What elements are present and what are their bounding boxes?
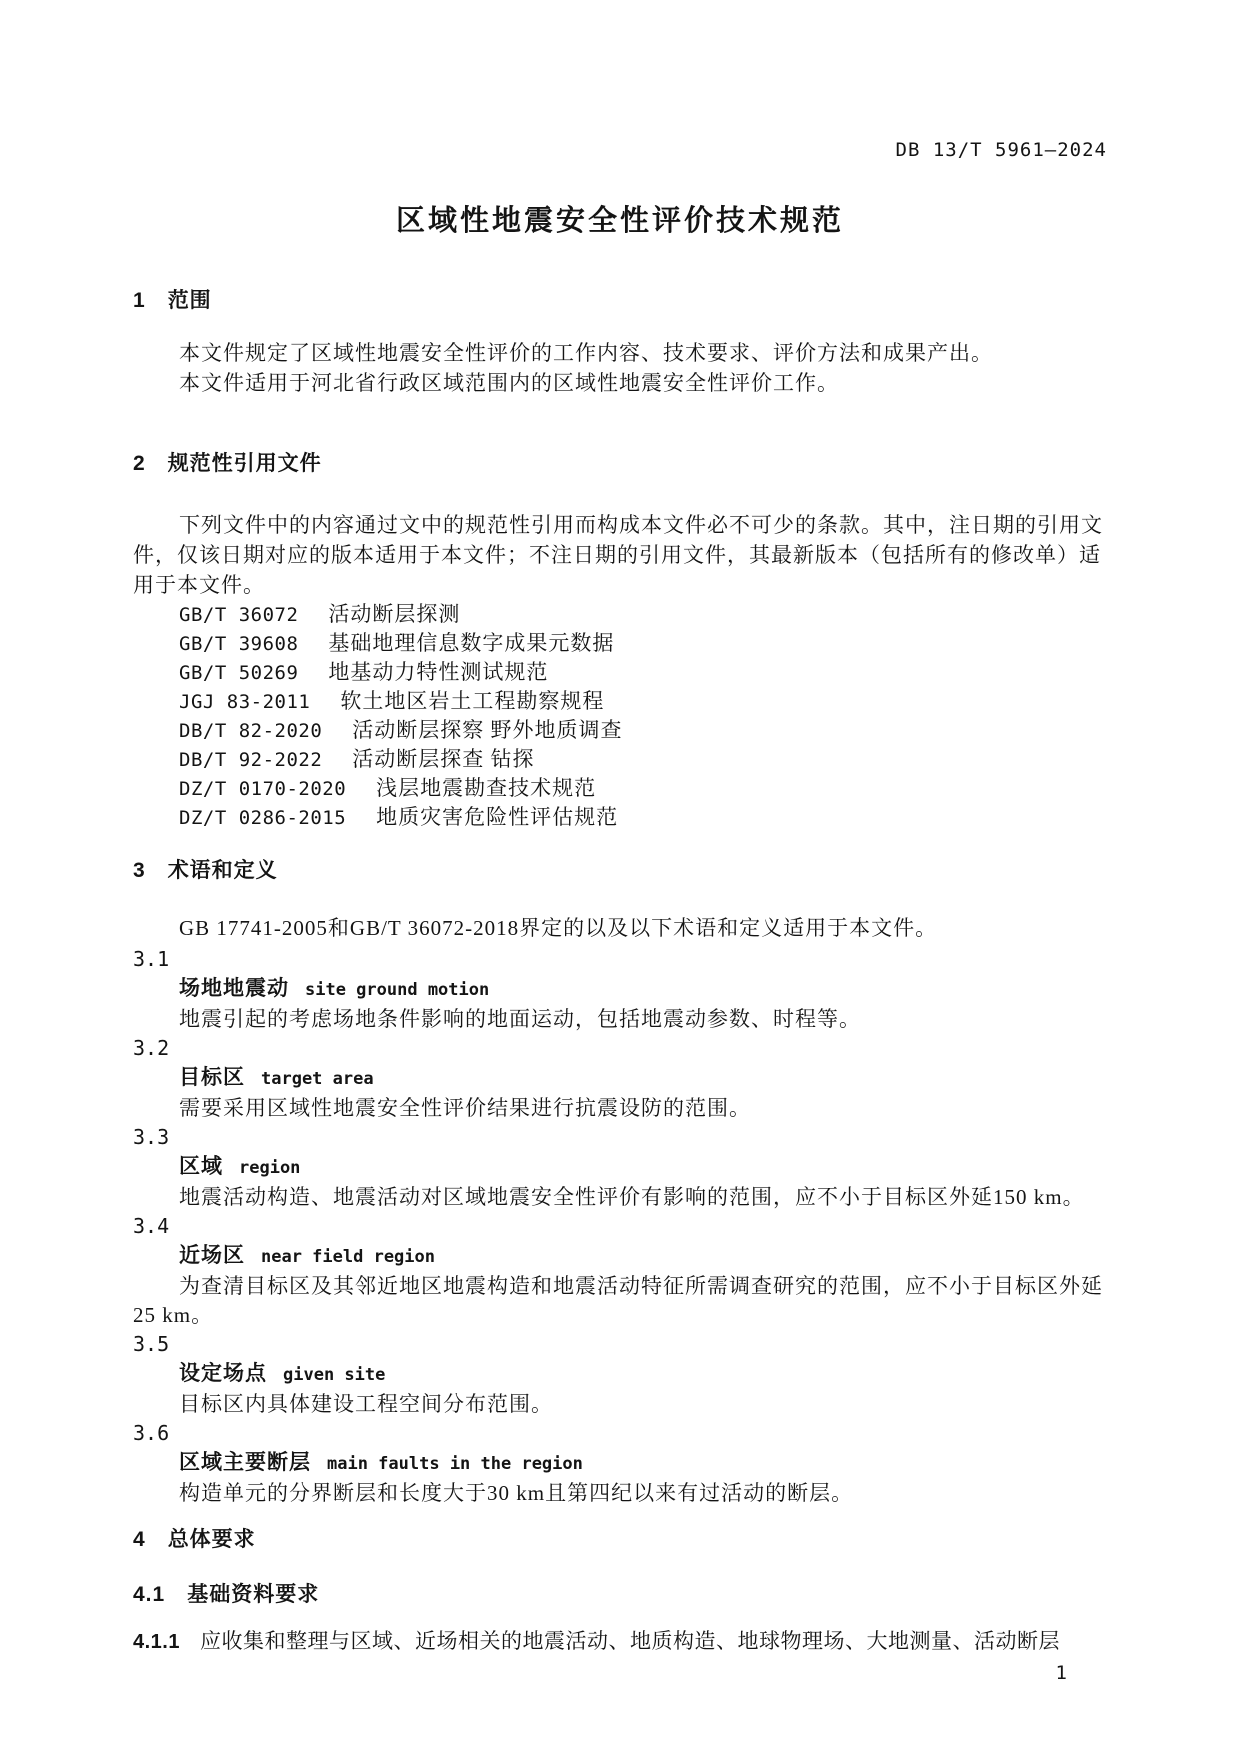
section-4-title: 总体要求 <box>168 1528 256 1551</box>
reference-code: DB/T 82-2020 <box>179 720 322 742</box>
term-en: region <box>239 1158 300 1178</box>
reference-item: GB/T 39608基础地理信息数字成果元数据 <box>133 629 1107 658</box>
clause-4-1-1-number: 4.1.1 <box>133 1631 180 1653</box>
section-1-number: 1 <box>133 289 146 312</box>
term-en: main faults in the region <box>327 1454 583 1474</box>
reference-item: DB/T 92-2022活动断层探查 钻探 <box>133 745 1107 774</box>
term-number: 3.3 <box>133 1123 1107 1152</box>
term-en: near field region <box>261 1247 435 1267</box>
reference-title: 软土地区岩土工程勘察规程 <box>340 689 604 713</box>
section-2-heading: 2规范性引用文件 <box>133 451 1107 477</box>
term-entry: 3.5 设定场点given site 目标区内具体建设工程空间分布范围。 <box>133 1330 1107 1419</box>
reference-item: GB/T 36072活动断层探测 <box>133 600 1107 629</box>
reference-code: GB/T 39608 <box>179 633 298 655</box>
reference-code: GB/T 50269 <box>179 662 298 684</box>
page-number: 1 <box>133 1661 1107 1685</box>
term-heading: 设定场点given site <box>133 1359 1107 1390</box>
reference-title: 活动断层探察 野外地质调查 <box>352 718 622 742</box>
standard-number: DB 13/T 5961—2024 <box>133 138 1107 162</box>
term-heading: 近场区near field region <box>133 1241 1107 1272</box>
section-3-heading: 3术语和定义 <box>133 858 1107 884</box>
reference-title: 基础地理信息数字成果元数据 <box>328 631 614 655</box>
section-4-1-heading: 4.1基础资料要求 <box>133 1582 1107 1608</box>
term-zh: 设定场点 <box>179 1362 267 1385</box>
reference-title: 地基动力特性测试规范 <box>328 660 548 684</box>
reference-code: DB/T 92-2022 <box>179 749 322 771</box>
normative-references-list: GB/T 36072活动断层探测 GB/T 39608基础地理信息数字成果元数据… <box>133 600 1107 832</box>
reference-title: 活动断层探测 <box>328 602 460 626</box>
section-4-1-number: 4.1 <box>133 1583 165 1606</box>
term-en: target area <box>261 1069 374 1089</box>
term-heading: 目标区target area <box>133 1063 1107 1094</box>
term-number: 3.1 <box>133 945 1107 974</box>
term-zh: 近场区 <box>179 1244 245 1267</box>
reference-code: JGJ 83-2011 <box>179 691 310 713</box>
term-number: 3.5 <box>133 1330 1107 1359</box>
term-entry: 3.2 目标区target area 需要采用区域性地震安全性评价结果进行抗震设… <box>133 1034 1107 1123</box>
section-3-title: 术语和定义 <box>168 859 278 882</box>
term-zh: 场地地震动 <box>179 977 289 1000</box>
term-definition: 为查清目标区及其邻近地区地震构造和地震活动特征所需调查研究的范围，应不小于目标区… <box>133 1272 1107 1330</box>
reference-title: 地质灾害危险性评估规范 <box>376 805 618 829</box>
normative-references-intro: 下列文件中的内容通过文中的规范性引用而构成本文件必不可少的条款。其中，注日期的引… <box>133 510 1107 600</box>
terms-intro: GB 17741-2005和GB/T 36072-2018界定的以及以下术语和定… <box>133 913 1107 943</box>
document-title: 区域性地震安全性评价技术规范 <box>133 204 1107 238</box>
section-1-heading: 1范围 <box>133 288 1107 314</box>
reference-item: DZ/T 0170-2020浅层地震勘查技术规范 <box>133 774 1107 803</box>
section-1-title: 范围 <box>168 289 212 312</box>
term-zh: 区域 <box>179 1155 223 1178</box>
section-4-1-title: 基础资料要求 <box>187 1583 319 1606</box>
reference-code: DZ/T 0170-2020 <box>179 778 346 800</box>
term-entry: 3.1 场地地震动site ground motion 地震引起的考虑场地条件影… <box>133 945 1107 1034</box>
reference-item: JGJ 83-2011软土地区岩土工程勘察规程 <box>133 687 1107 716</box>
term-entry: 3.3 区域region 地震活动构造、地震活动对区域地震安全性评价有影响的范围… <box>133 1123 1107 1212</box>
reference-item: DB/T 82-2020活动断层探察 野外地质调查 <box>133 716 1107 745</box>
term-zh: 目标区 <box>179 1066 245 1089</box>
clause-4-1-1: 4.1.1应收集和整理与区域、近场相关的地震活动、地质构造、地球物理场、大地测量… <box>133 1626 1107 1657</box>
term-zh: 区域主要断层 <box>179 1451 311 1474</box>
term-en: given site <box>283 1365 385 1385</box>
reference-item: DZ/T 0286-2015地质灾害危险性评估规范 <box>133 803 1107 832</box>
scope-paragraph-2: 本文件适用于河北省行政区域范围内的区域性地震安全性评价工作。 <box>133 368 1107 398</box>
document-page: DB 13/T 5961—2024 区域性地震安全性评价技术规范 1范围 本文件… <box>0 0 1240 1755</box>
reference-title: 活动断层探查 钻探 <box>352 747 534 771</box>
term-heading: 场地地震动site ground motion <box>133 974 1107 1005</box>
terms-list: 3.1 场地地震动site ground motion 地震引起的考虑场地条件影… <box>133 945 1107 1508</box>
clause-4-1-1-text: 应收集和整理与区域、近场相关的地震活动、地质构造、地球物理场、大地测量、活动断层 <box>200 1629 1060 1653</box>
term-definition: 目标区内具体建设工程空间分布范围。 <box>133 1390 1107 1419</box>
reference-code: GB/T 36072 <box>179 604 298 626</box>
section-4-number: 4 <box>133 1528 146 1551</box>
term-definition: 地震活动构造、地震活动对区域地震安全性评价有影响的范围，应不小于目标区外延150… <box>133 1183 1107 1212</box>
section-2-number: 2 <box>133 452 146 475</box>
term-definition: 需要采用区域性地震安全性评价结果进行抗震设防的范围。 <box>133 1094 1107 1123</box>
term-entry: 3.4 近场区near field region 为查清目标区及其邻近地区地震构… <box>133 1212 1107 1330</box>
reference-code: DZ/T 0286-2015 <box>179 807 346 829</box>
reference-item: GB/T 50269地基动力特性测试规范 <box>133 658 1107 687</box>
section-4-heading: 4总体要求 <box>133 1527 1107 1553</box>
term-definition: 构造单元的分界断层和长度大于30 km且第四纪以来有过活动的断层。 <box>133 1479 1107 1508</box>
scope-paragraph-1: 本文件规定了区域性地震安全性评价的工作内容、技术要求、评价方法和成果产出。 <box>133 338 1107 368</box>
term-heading: 区域主要断层main faults in the region <box>133 1448 1107 1479</box>
term-number: 3.4 <box>133 1212 1107 1241</box>
term-definition: 地震引起的考虑场地条件影响的地面运动，包括地震动参数、时程等。 <box>133 1005 1107 1034</box>
term-en: site ground motion <box>305 980 489 1000</box>
term-entry: 3.6 区域主要断层main faults in the region 构造单元… <box>133 1419 1107 1508</box>
term-heading: 区域region <box>133 1152 1107 1183</box>
section-2-title: 规范性引用文件 <box>168 452 322 475</box>
term-number: 3.6 <box>133 1419 1107 1448</box>
term-number: 3.2 <box>133 1034 1107 1063</box>
section-3-number: 3 <box>133 859 146 882</box>
reference-title: 浅层地震勘查技术规范 <box>376 776 596 800</box>
